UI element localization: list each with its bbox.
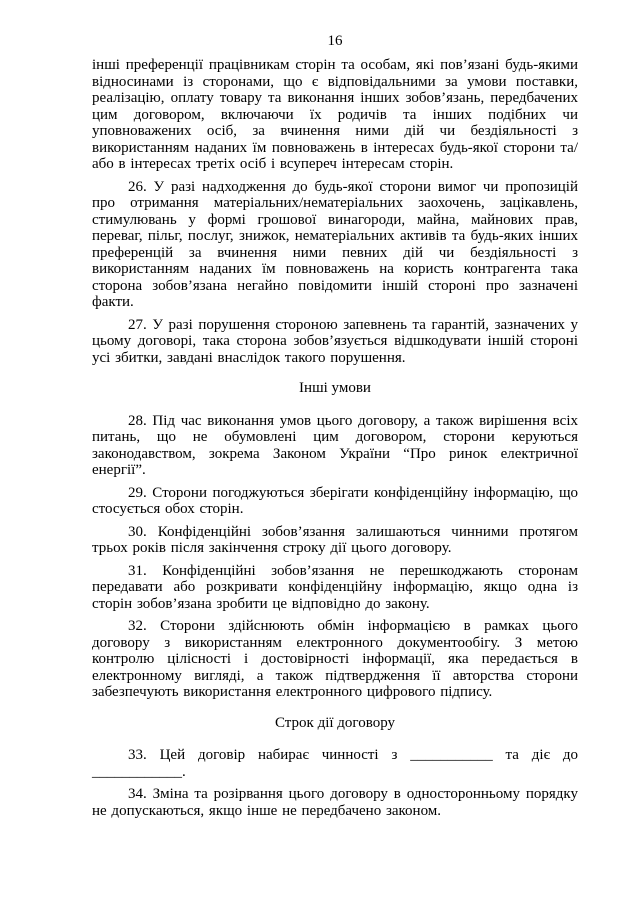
- paragraph-clause-28: 28. Під час виконання умов цього договор…: [92, 413, 578, 479]
- document-page: 16 інші преференції працівникам сторін т…: [0, 0, 638, 903]
- paragraph-clause-33: 33. Цей договір набирає чинності з _____…: [92, 747, 578, 780]
- paragraph-clause-34: 34. Зміна та розірвання цього договору в…: [92, 786, 578, 819]
- section-heading-other-terms: Інші умови: [92, 380, 578, 397]
- paragraph-clause-27: 27. У разі порушення стороною запевнень …: [92, 317, 578, 367]
- paragraph-clause-26: 26. У разі надходження до будь-якої стор…: [92, 179, 578, 311]
- page-number: 16: [92, 33, 578, 50]
- paragraph-continuation: інші преференції працівникам сторін та о…: [92, 57, 578, 173]
- paragraph-clause-32: 32. Сторони здійснюють обмін інформацією…: [92, 618, 578, 701]
- paragraph-clause-29: 29. Сторони погоджуються зберігати конфі…: [92, 485, 578, 518]
- paragraph-clause-31: 31. Конфіденційні зобов’язання не перешк…: [92, 563, 578, 613]
- section-heading-contract-term: Строк дії договору: [92, 715, 578, 732]
- paragraph-clause-30: 30. Конфіденційні зобов’язання залишають…: [92, 524, 578, 557]
- document-body: інші преференції працівникам сторін та о…: [92, 57, 578, 819]
